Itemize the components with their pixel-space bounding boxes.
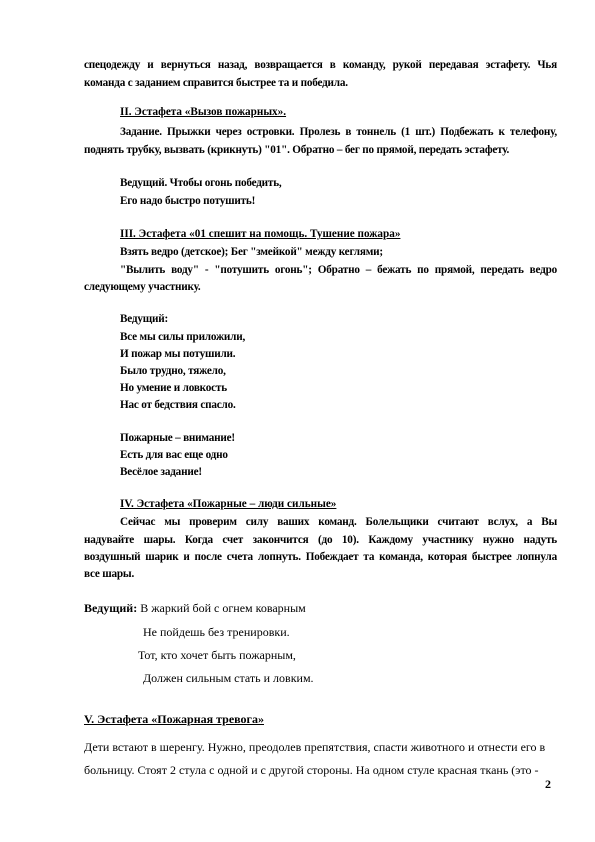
poem-line: Было трудно, тяжело, xyxy=(120,364,226,378)
section-2-host: Ведущий. Чтобы огонь победить, xyxy=(120,176,282,190)
section-4-line-3: воздушный шарик и после счета лопнуть. П… xyxy=(84,550,557,564)
section-3-host-label: Ведущий: xyxy=(120,312,168,326)
poem-line: И пожар мы потушили. xyxy=(120,347,235,361)
section-3-line-3: следующему участнику. xyxy=(84,280,201,294)
section-4-line-4: все шары. xyxy=(84,567,134,581)
section-5-line-1: Дети встают в шеренгу. Нужно, преодолев … xyxy=(84,740,545,754)
section-5-heading: V. Эстафета «Пожарная тревога» xyxy=(84,712,264,726)
poem2-line: Весёлое задание! xyxy=(120,465,202,479)
host-label: Ведущий: xyxy=(84,601,137,615)
intro-line-2: команда с заданием справится быстрее та … xyxy=(84,76,348,90)
verse-line: Тот, кто хочет быть пожарным, xyxy=(138,648,296,662)
host-label: Ведущий. xyxy=(120,177,167,189)
poem2-line: Пожарные – внимание! xyxy=(120,431,235,445)
section-2-task-line-1: Задание. Прыжки через островки. Пролезь … xyxy=(120,125,557,139)
section-3-heading: III. Эстафета «01 спешит на помощь. Туше… xyxy=(120,227,400,241)
poem-line: Нас от бедствия спасло. xyxy=(120,398,236,412)
section-3-line-1: Взять ведро (детское); Бег "змейкой" меж… xyxy=(120,245,383,259)
host-text: Чтобы огонь победить, xyxy=(167,177,281,189)
page-number: 2 xyxy=(545,777,551,792)
section-2-heading: II. Эстафета «Вызов пожарных». xyxy=(120,105,286,119)
poem-line: Все мы силы приложили, xyxy=(120,330,245,344)
section-2-host-line-2: Его надо быстро потушить! xyxy=(120,194,255,208)
section-4-heading: IV. Эстафета «Пожарные – люди сильные» xyxy=(120,497,336,511)
poem2-line: Есть для вас еще одно xyxy=(120,448,228,462)
document-page: спецодежду и вернуться назад, возвращает… xyxy=(0,0,595,842)
verse-line: Не пойдешь без тренировки. xyxy=(143,625,290,639)
intro-line-1: спецодежду и вернуться назад, возвращает… xyxy=(84,58,557,72)
section-3-line-2: "Вылить воду" - "потушить огонь"; Обратн… xyxy=(120,263,557,277)
section-4-host: Ведущий: В жаркий бой с огнем коварным xyxy=(84,601,306,615)
poem-line: Но умение и ловкость xyxy=(120,381,227,395)
section-5-line-2: больницу. Стоят 2 стула с одной и с друг… xyxy=(84,763,539,777)
verse-line: Должен сильным стать и ловким. xyxy=(143,671,314,685)
section-4-line-2: надувайте шары. Когда счет закончится (д… xyxy=(84,533,557,547)
section-4-line-1: Сейчас мы проверим силу ваших команд. Бо… xyxy=(120,515,557,529)
section-2-task-line-2: поднять трубку, вызвать (крикнуть) "01".… xyxy=(84,143,509,157)
verse-line: В жаркий бой с огнем коварным xyxy=(137,601,306,615)
